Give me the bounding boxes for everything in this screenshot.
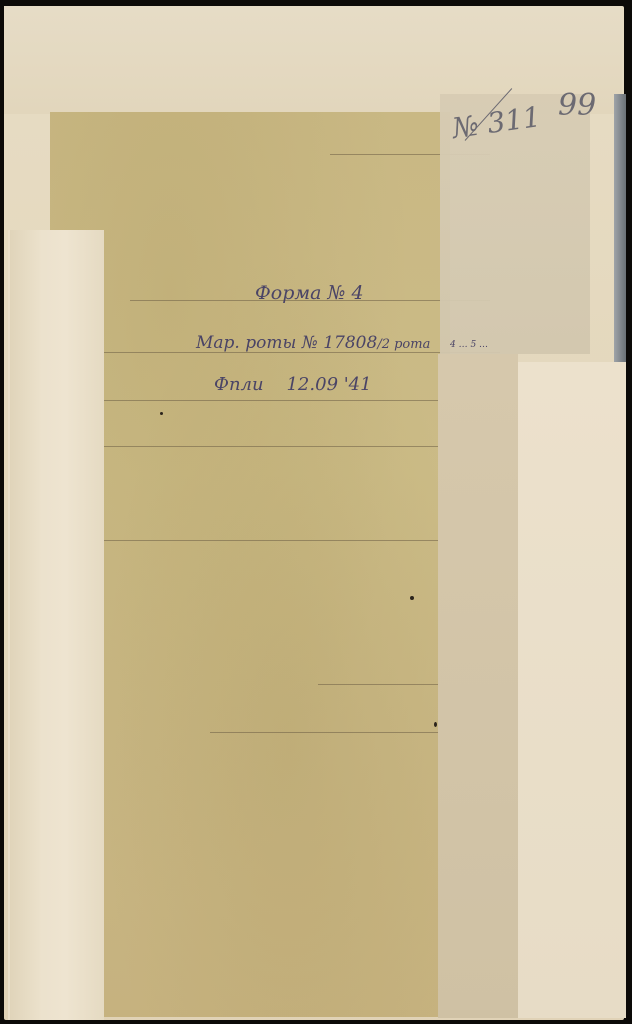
cover-sheet (50, 112, 450, 1017)
form-title: Форма № 4 (255, 282, 364, 304)
left-flap-fold (10, 230, 40, 1020)
date-label: Фпли (214, 374, 264, 395)
page-number: 99 (558, 88, 596, 123)
right-tape-strip (438, 354, 518, 1018)
unit-suffix: /2 рота (377, 337, 430, 352)
ink-speck (410, 596, 414, 600)
ruled-line (210, 732, 442, 733)
unit-note: 4 … 5 … (450, 340, 488, 350)
right-pale-strip (518, 362, 626, 1018)
unit-prefix: Мар. роты № (196, 333, 318, 353)
date-value: 12.09 '41 (286, 374, 371, 395)
unit-number: 17808 (323, 333, 377, 353)
ink-speck (160, 412, 163, 415)
unit-line: Мар. роты № 17808/2 рота (196, 333, 430, 353)
date-line: Фпли 12.09 '41 (214, 374, 372, 395)
ink-speck (434, 722, 437, 727)
right-edge-shadow (614, 94, 626, 364)
